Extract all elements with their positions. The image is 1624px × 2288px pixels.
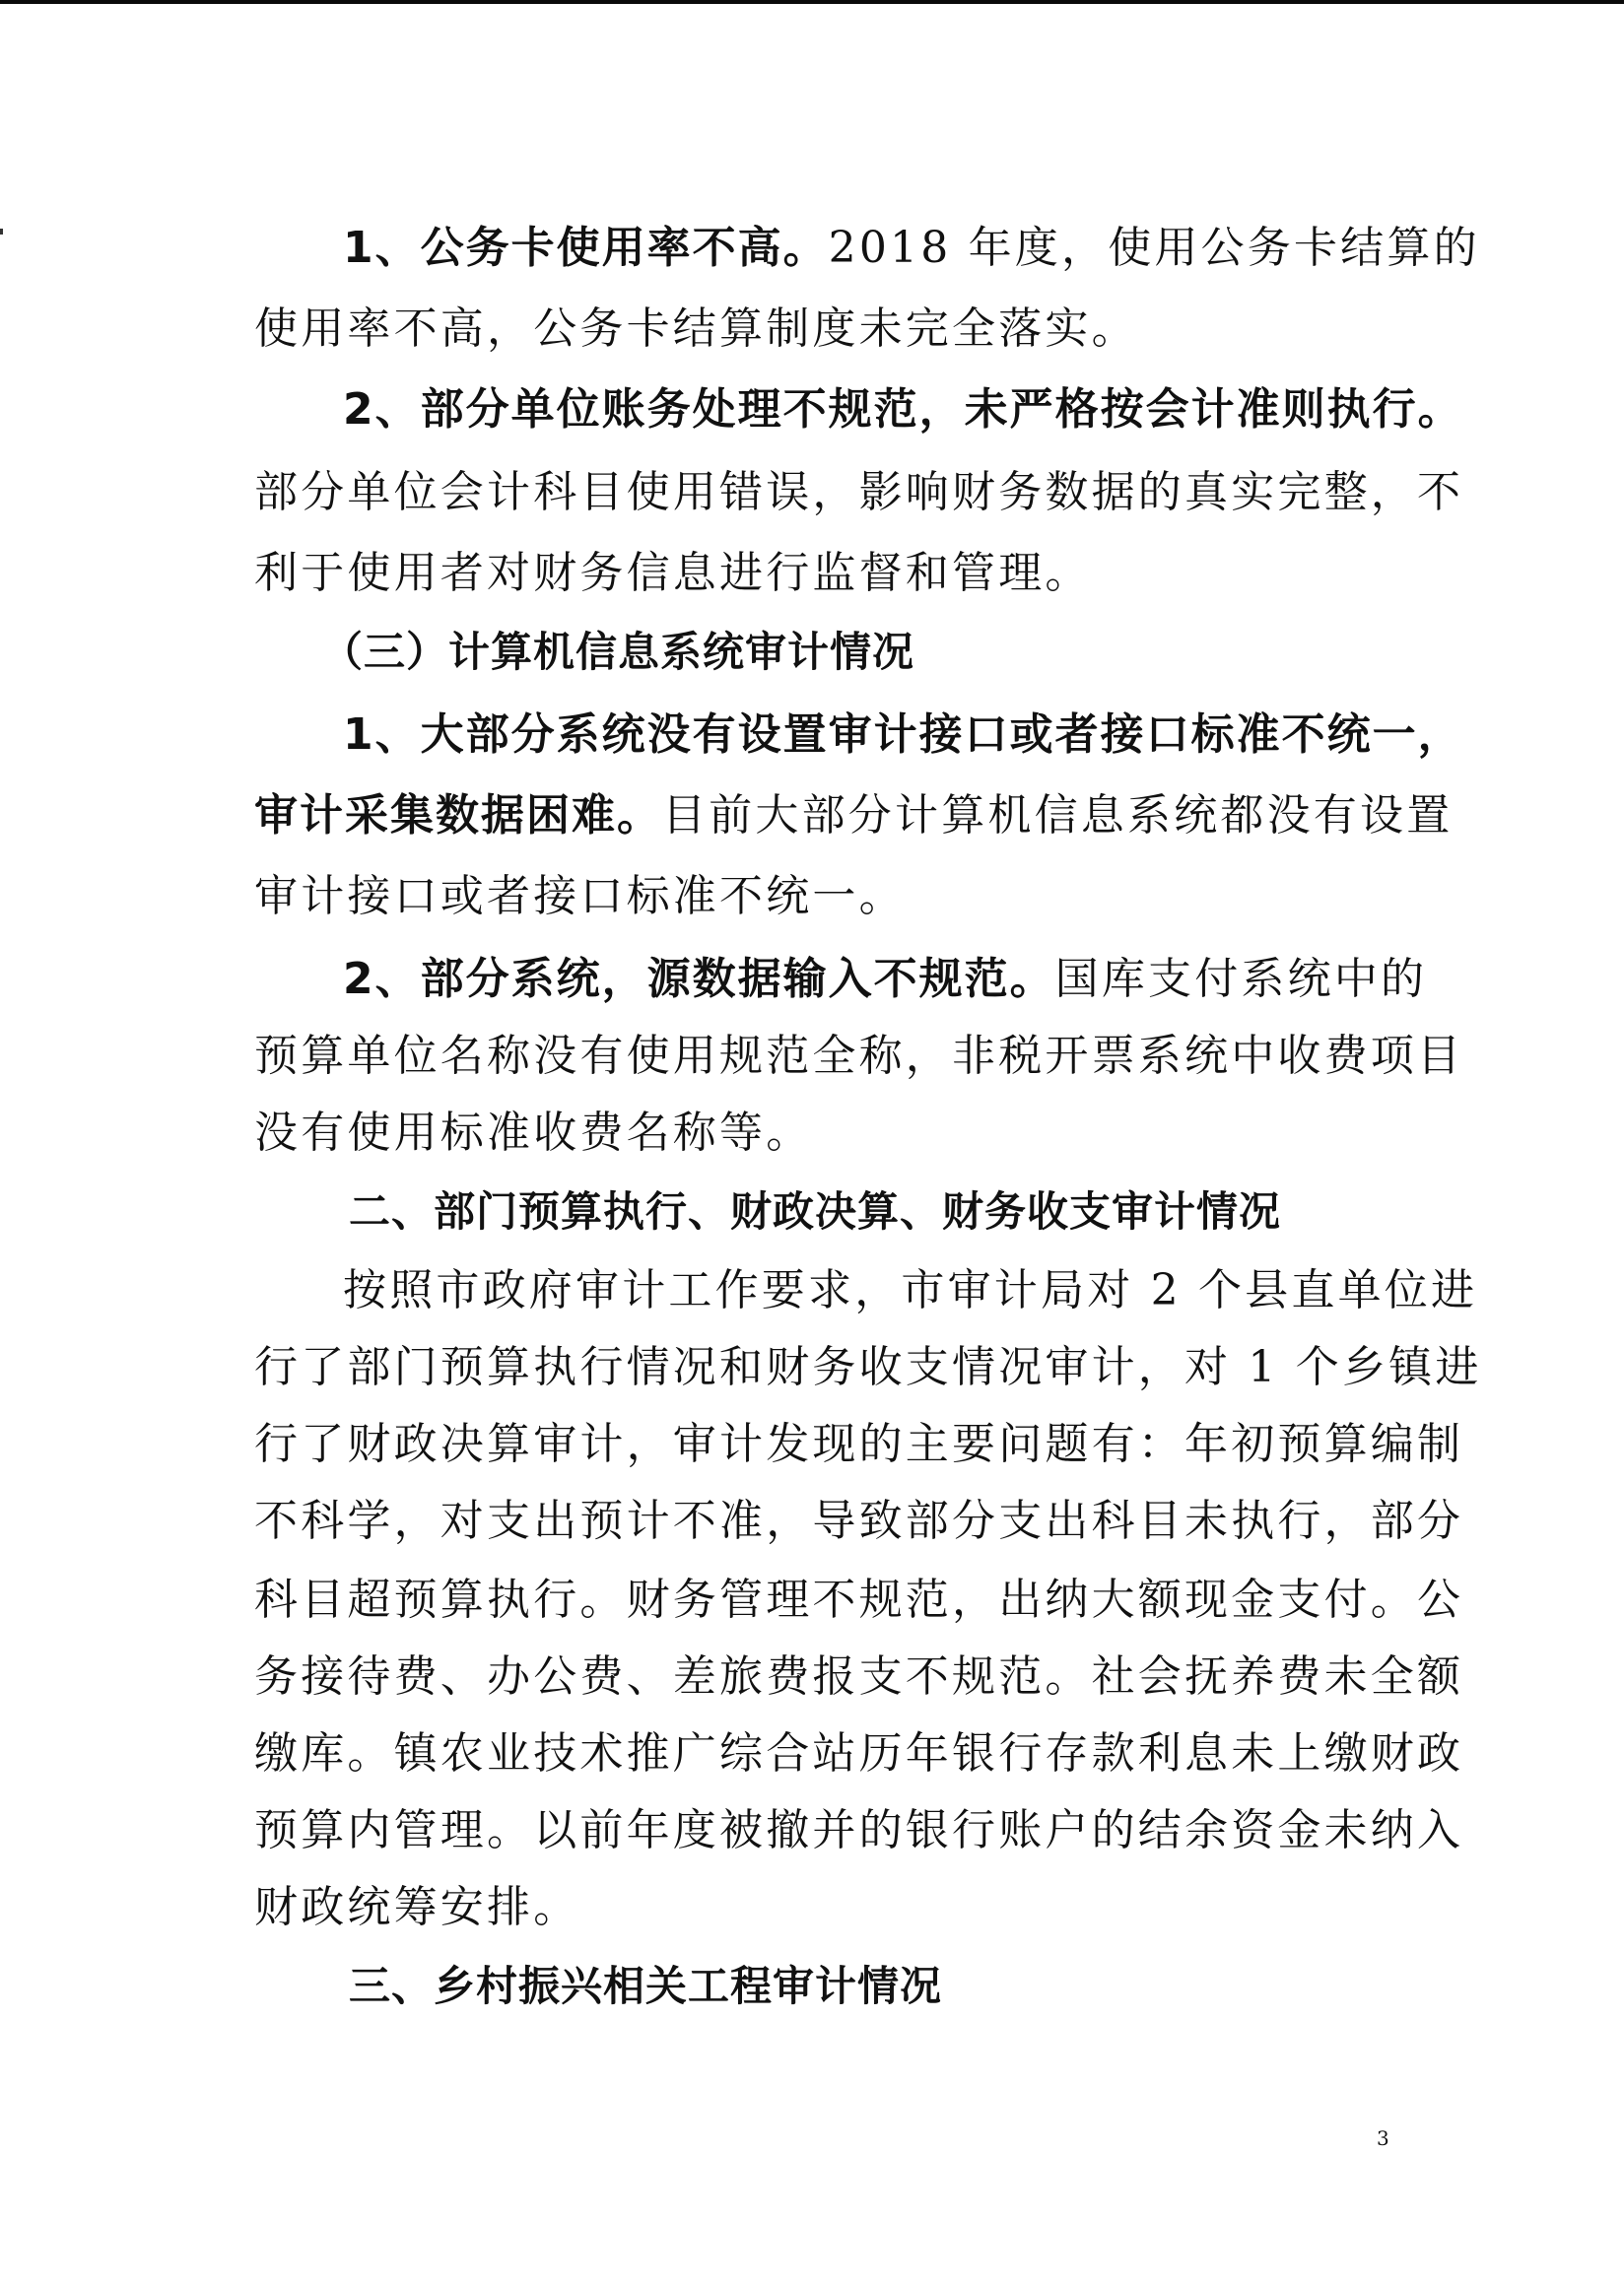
paragraph-line: 2、部分系统，源数据输入不规范。国库支付系统中的 bbox=[343, 950, 1427, 1009]
paragraph-line: 1、公务卡使用率不高。2018 年度，使用公务卡结算的 bbox=[343, 219, 1480, 278]
paragraph-line: 行了财政决算审计，审计发现的主要问题有：年初预算编制 bbox=[254, 1415, 1463, 1474]
paragraph-line: 行了部门预算执行情况和财务收支情况审计，对 1 个乡镇进 bbox=[254, 1338, 1482, 1397]
paragraph-line: 财政统筹安排。 bbox=[254, 1878, 579, 1937]
item-lead: 2、部分系统，源数据输入不规范。 bbox=[343, 954, 1055, 1004]
paragraph-line: 务接待费、办公费、差旅费报支不规范。社会抚养费未全额 bbox=[254, 1648, 1463, 1707]
paragraph-line: 预算内管理。以前年度被撤并的银行账户的结余资金未纳入 bbox=[254, 1801, 1463, 1860]
section-heading: 二、部门预算执行、财政决算、财务收支审计情况 bbox=[349, 1182, 1281, 1242]
item-lead: 1、公务卡使用率不高。 bbox=[343, 223, 829, 273]
item-lead: 1、大部分系统没有设置审计接口或者接口标准不统一， bbox=[343, 709, 1463, 760]
paragraph-line: 1、大部分系统没有设置审计接口或者接口标准不统一， bbox=[343, 706, 1463, 765]
paragraph-line: 缴库。镇农业技术推广综合站历年银行存款利息未上缴财政 bbox=[254, 1724, 1463, 1783]
item-text: 目前大部分计算机信息系统都没有设置 bbox=[662, 790, 1453, 841]
paragraph-line: 没有使用标准收费名称等。 bbox=[254, 1104, 812, 1163]
paragraph-line: 审计采集数据困难。目前大部分计算机信息系统都没有设置 bbox=[254, 786, 1453, 845]
paragraph-line: 按照市政府审计工作要求，市审计局对 2 个县直单位进 bbox=[343, 1261, 1477, 1320]
item-text: 2018 年度，使用公务卡结算的 bbox=[829, 223, 1480, 273]
paragraph-line: 审计接口或者接口标准不统一。 bbox=[254, 867, 906, 926]
item-lead: 审计采集数据困难。 bbox=[254, 790, 662, 841]
scan-artifact bbox=[0, 229, 3, 235]
section-heading: （三）计算机信息系统审计情况 bbox=[321, 623, 914, 682]
paragraph-line: 2、部分单位账务处理不规范，未严格按会计准则执行。 bbox=[343, 380, 1463, 439]
page-number: 3 bbox=[1377, 2126, 1389, 2150]
paragraph-line: 科目超预算执行。财务管理不规范，出纳大额现金支付。公 bbox=[254, 1571, 1463, 1630]
paragraph-line: 使用率不高，公务卡结算制度未完全落实。 bbox=[254, 300, 1138, 359]
item-text: 国库支付系统中的 bbox=[1055, 954, 1428, 1004]
paragraph-line: 利于使用者对财务信息进行监督和管理。 bbox=[254, 544, 1092, 603]
section-heading: 三、乡村振兴相关工程审计情况 bbox=[349, 1957, 942, 2016]
scan-border bbox=[0, 0, 1624, 4]
paragraph-line: 预算单位名称没有使用规范全称，非税开票系统中收费项目 bbox=[254, 1027, 1463, 1086]
paragraph-line: 不科学，对支出预计不准，导致部分支出科目未执行，部分 bbox=[254, 1492, 1463, 1551]
item-lead: 2、部分单位账务处理不规范，未严格按会计准则执行。 bbox=[343, 384, 1463, 435]
paragraph-line: 部分单位会计科目使用错误，影响财务数据的真实完整，不 bbox=[254, 463, 1463, 522]
